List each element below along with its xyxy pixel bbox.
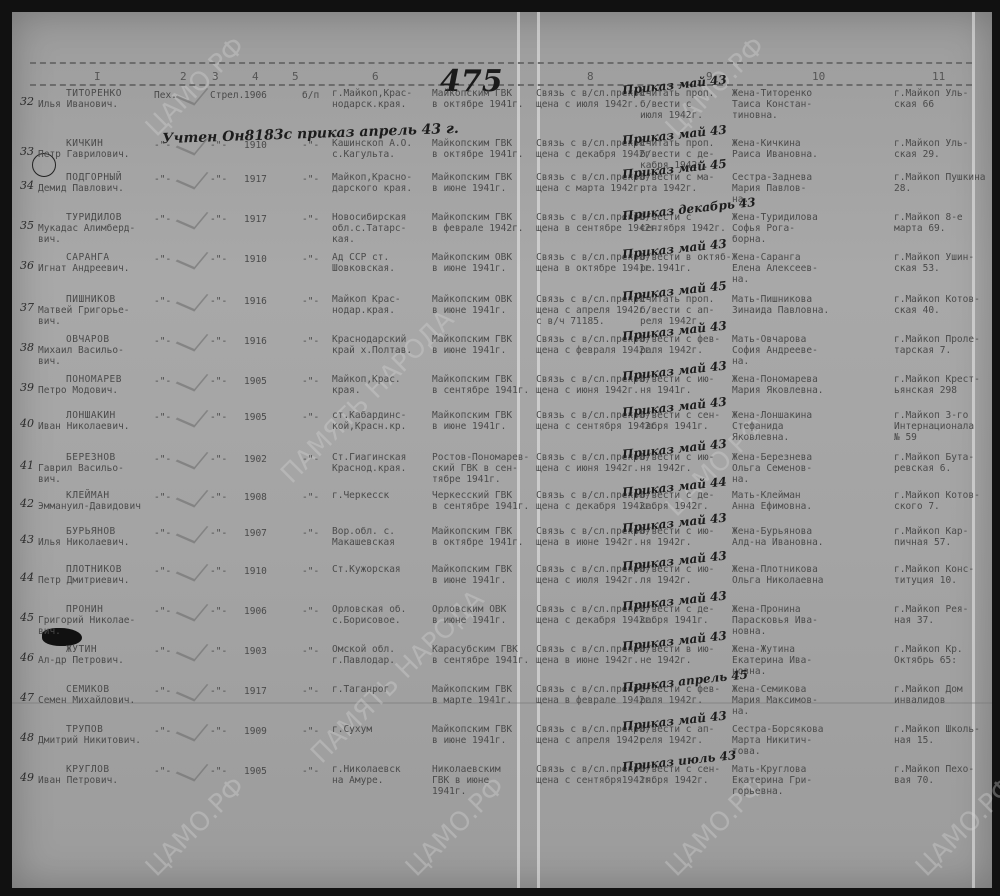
given-name: Игнат Андреевич.	[38, 263, 130, 274]
row-number: 39	[20, 382, 34, 393]
cell-draft: Майкопским ГВК в июне 1941г.	[432, 564, 512, 586]
surname: ОВЧАРОВ	[66, 334, 152, 345]
cell-addr: г.Майкоп Дом инвалидов	[894, 684, 963, 706]
cell-rank: -"-	[210, 254, 227, 265]
cell-year: 1917	[244, 174, 267, 185]
cell-rel: Жена-Бурьянова Алд-на Ивановна.	[732, 526, 824, 548]
cell-rel: Жена-Пономарева Мария Яковлевна.	[732, 374, 824, 396]
surname: ПИШНИКОВ	[66, 294, 158, 305]
cell-year: 1909	[244, 726, 267, 737]
cell-rank: -"-	[210, 336, 227, 347]
cell-birth: Омской обл. г.Павлодар.	[332, 644, 395, 666]
cell-birth: Кашинскоп А.О. с.Кагульта.	[332, 138, 412, 160]
row-number: 34	[20, 180, 34, 191]
cell-birth: г.Черкесск	[332, 490, 389, 501]
table-row: 35ТУРИДИЛОВМукадас Алимберд- вич.-"--"-1…	[12, 212, 992, 252]
cell-rel: Жена-Саранга Елена Алексеев- на.	[732, 252, 818, 285]
cell-rank: -"-	[210, 528, 227, 539]
cell-rank: -"-	[210, 412, 227, 423]
soldier-name: БУРЬЯНОВИлья Николаевич.	[38, 526, 130, 548]
row-number: 49	[20, 772, 34, 783]
cell-year: 1906	[244, 606, 267, 617]
cell-year: 1905	[244, 766, 267, 777]
given-name: Семен Михайлович.	[38, 695, 135, 706]
cell-arm: -"-	[154, 686, 171, 697]
table-row: 39ПОНОМАРЕВПетро Модович.-"--"-1905-"-Ма…	[12, 374, 992, 414]
given-name: Матвей Григорье- вич.	[38, 305, 130, 327]
given-name: Мукадас Алимберд- вич.	[38, 223, 135, 245]
cell-arm: -"-	[154, 214, 171, 225]
cell-rel: Мать-Овчарова София Андрееве- на.	[732, 334, 818, 367]
soldier-name: САРАНГАИгнат Андреевич.	[38, 252, 130, 274]
cell-party: -"-	[302, 296, 319, 307]
cell-birth: Майкоп Крас- нодар.края.	[332, 294, 401, 316]
cell-arm: -"-	[154, 566, 171, 577]
cell-birth: г.Сухум	[332, 724, 372, 735]
cell-arm: -"-	[154, 454, 171, 465]
surname: ПОНОМАРЕВ	[66, 374, 146, 385]
row-number: 40	[20, 418, 34, 429]
soldier-name: ТУРИДИЛОВМукадас Алимберд- вич.	[38, 212, 135, 245]
given-name: Эммануил-Давидович	[38, 501, 141, 512]
soldier-name: ПРОНИНГригорий Николае- вич.	[38, 604, 135, 637]
cell-party: -"-	[302, 766, 319, 777]
table-row: 32ТИТОРЕНКОИлья Иванович.Пех.Стрел.1906б…	[12, 88, 992, 128]
cell-addr: г.Майкоп Котов- ская 40.	[894, 294, 980, 316]
cell-birth: Новосибирская обл.с.Татарс- кая.	[332, 212, 406, 245]
row-number: 32	[20, 96, 34, 107]
cell-draft: Майкопским ГВК в октябре 1941г.	[432, 88, 524, 110]
cell-year: 1916	[244, 336, 267, 347]
cell-year: 1907	[244, 528, 267, 539]
surname: ЛОНШАКИН	[66, 410, 158, 421]
cell-arm: -"-	[154, 376, 171, 387]
soldier-name: ЖУТИНАл-др Петрович.	[38, 644, 124, 666]
cell-addr: г.Майкоп Пехо- вая 70.	[894, 764, 974, 786]
cell-birth: Краснодарский край х.Полтав.	[332, 334, 412, 356]
soldier-name: ПИШНИКОВМатвей Григорье- вич.	[38, 294, 130, 327]
cell-rank: -"-	[210, 766, 227, 777]
cell-rank: -"-	[210, 492, 227, 503]
table-row: 46ЖУТИНАл-др Петрович.-"--"-1903-"-Омско…	[12, 644, 992, 684]
cell-rel: Мать-Круглова Екатерина Гри- горьевна.	[732, 764, 812, 797]
cell-rel: Жена-Пронина Парасковья Ива- новна.	[732, 604, 818, 637]
cell-year: 1910	[244, 566, 267, 577]
soldier-name: ПОНОМАРЕВПетро Модович.	[38, 374, 118, 396]
cell-party: -"-	[302, 174, 319, 185]
table-row: 44ПЛОТНИКОВПетр Дмитриевич.-"--"-1910-"-…	[12, 564, 992, 604]
cell-arm: -"-	[154, 528, 171, 539]
cell-arm: -"-	[154, 296, 171, 307]
soldier-name: КИЧКИНПетр Гаврилович.	[38, 138, 130, 160]
cell-rank: -"-	[210, 214, 227, 225]
cell-draft: Майкопским ОВК в июне 1941г.	[432, 294, 512, 316]
cell-draft: Майкопским ГВК в феврале 1942г.	[432, 212, 524, 234]
row-number: 35	[20, 220, 34, 231]
cell-rank: -"-	[210, 686, 227, 697]
cell-draft: Карасубским ГВК в сентябре 1941г.	[432, 644, 529, 666]
cell-year: 1908	[244, 492, 267, 503]
cell-birth: ст.Кабардинс- кой,Красн.кр.	[332, 410, 406, 432]
cell-party: -"-	[302, 566, 319, 577]
row-number: 37	[20, 302, 34, 313]
row-number: 45	[20, 612, 34, 623]
row-number: 42	[20, 498, 34, 509]
surname: КИЧКИН	[66, 138, 158, 149]
surname: САРАНГА	[66, 252, 158, 263]
cell-year: 1905	[244, 412, 267, 423]
cell-birth: Майкоп,Красно- дарского края.	[332, 172, 412, 194]
row-number: 36	[20, 260, 34, 271]
given-name: Петр Дмитриевич.	[38, 575, 130, 586]
cell-rel: Жена-Семикова Мария Максимов- на.	[732, 684, 818, 717]
row-number: 43	[20, 534, 34, 545]
cell-addr: г.Майкоп Бута- ревская 6.	[894, 452, 974, 474]
table-row: 45ПРОНИНГригорий Николае- вич.-"--"-1906…	[12, 604, 992, 644]
cell-addr: г.Майкоп Рея- ная 37.	[894, 604, 968, 626]
surname: ПРОНИН	[66, 604, 163, 615]
given-name: Ал-др Петрович.	[38, 655, 124, 666]
cell-arm: -"-	[154, 766, 171, 777]
row-number: 46	[20, 652, 34, 663]
cell-party: -"-	[302, 528, 319, 539]
cell-addr: г.Майкоп Кр. Октябрь 65:	[894, 644, 963, 666]
cell-rel: Жена-Кичкина Раиса Ивановна.	[732, 138, 818, 160]
cell-rank: -"-	[210, 726, 227, 737]
given-name: Демид Павлович.	[38, 183, 124, 194]
cell-rank: -"-	[210, 606, 227, 617]
cell-rel: Жена-Титоренко Таиса Констан- тиновна.	[732, 88, 812, 121]
cell-draft: Майкопским ГВК в июне 1941г.	[432, 724, 512, 746]
cell-arm: -"-	[154, 254, 171, 265]
cell-party: -"-	[302, 492, 319, 503]
cell-rank: -"-	[210, 454, 227, 465]
cell-party: -"-	[302, 376, 319, 387]
given-name: Иван Николаевич.	[38, 421, 130, 432]
cell-party: б/п	[302, 90, 319, 101]
cell-party: -"-	[302, 606, 319, 617]
cell-birth: г.Майкоп,Крас- нодарск.края.	[332, 88, 412, 110]
given-name: Петро Модович.	[38, 385, 118, 396]
cell-draft: Майкопским ГВК в марте 1941г.	[432, 684, 512, 706]
cell-addr: г.Майкоп Уль- ская 66	[894, 88, 968, 110]
surname: КРУГЛОВ	[66, 764, 146, 775]
cell-party: -"-	[302, 412, 319, 423]
surname: ТИТОРЕНКО	[66, 88, 146, 99]
table-row: 42КЛЕЙМАНЭммануил-Давидович-"--"-1908-"-…	[12, 490, 992, 530]
cell-year: 1917	[244, 686, 267, 697]
cell-year: 1903	[244, 646, 267, 657]
table-row: 47СЕМИКОВСемен Михайлович.-"--"-1917-"-г…	[12, 684, 992, 724]
cell-year: 1905	[244, 376, 267, 387]
cell-arm: -"-	[154, 412, 171, 423]
surname: ПЛОТНИКОВ	[66, 564, 158, 575]
cell-addr: г.Майкоп Ушин- ская 53.	[894, 252, 974, 274]
cell-rank: -"-	[210, 566, 227, 577]
surname: БЕРЕЗНОВ	[66, 452, 152, 463]
cell-rank: -"-	[210, 296, 227, 307]
given-name: Петр Гаврилович.	[38, 149, 130, 160]
surname: ЖУТИН	[66, 644, 152, 655]
cell-party: -"-	[302, 726, 319, 737]
cell-addr: г.Майкоп Проле- тарская 7.	[894, 334, 980, 356]
table-row: 43БУРЬЯНОВИлья Николаевич.-"--"-1907-"-В…	[12, 526, 992, 566]
table-row: 34ПОДГОРНЫЙДемид Павлович.-"--"-1917-"-М…	[12, 172, 992, 212]
cell-party: -"-	[302, 254, 319, 265]
cell-rel: Мать-Пишникова Зинаида Павловна.	[732, 294, 829, 316]
cell-draft: Майкопским ГВК в сентябре 1941г.	[432, 374, 529, 396]
table-row: 48ТРУПОВДмитрий Никитович.-"--"-1909-"-г…	[12, 724, 992, 764]
row-number: 44	[20, 572, 34, 583]
cell-year: 1910	[244, 254, 267, 265]
table-row: 40ЛОНШАКИНИван Николаевич.-"--"-1905-"-с…	[12, 410, 992, 450]
row-number: 33	[20, 146, 34, 157]
cell-birth: Ст.Гиагинская Краснод.края.	[332, 452, 406, 474]
cell-birth: г.Николаевск на Амуре.	[332, 764, 401, 786]
cell-rel: Жена-Туридилова Софья Рога- борна.	[732, 212, 818, 245]
table-row: 37ПИШНИКОВМатвей Григорье- вич.-"--"-191…	[12, 294, 992, 334]
cell-draft: Майкопским ГВК в июне 1941г.	[432, 334, 512, 356]
cell-arm: -"-	[154, 174, 171, 185]
given-name: Илья Иванович.	[38, 99, 118, 110]
cell-addr: г.Майкоп Пушкина 28.	[894, 172, 986, 194]
cell-addr: г.Майкоп 8-е марта 69.	[894, 212, 963, 234]
cell-birth: Ад ССР ст. Шовковская.	[332, 252, 395, 274]
cell-party: -"-	[302, 140, 319, 151]
cell-addr: г.Майкоп Школь- ная 15.	[894, 724, 980, 746]
cell-birth: Орловская об. с.Борисовое.	[332, 604, 406, 626]
cell-party: -"-	[302, 336, 319, 347]
given-name: Гаврил Васильо- вич.	[38, 463, 124, 485]
cell-addr: г.Майкоп Конс- титуция 10.	[894, 564, 974, 586]
cell-arm: Пех.	[154, 90, 177, 101]
cell-draft: Майкопским ГВК в октябре 1941г.	[432, 138, 524, 160]
cell-rel: Сестра-Борсякова Марта Никитич- това.	[732, 724, 824, 757]
cell-party: -"-	[302, 214, 319, 225]
cell-party: -"-	[302, 646, 319, 657]
cell-draft: Черкесский ГВК в сентябре 1941г.	[432, 490, 529, 512]
cell-birth: Майкоп,Крас. края.	[332, 374, 401, 396]
cell-draft: Майкопским ГВК в июне 1941г.	[432, 172, 512, 194]
soldier-name: ПЛОТНИКОВПетр Дмитриевич.	[38, 564, 130, 586]
table-row: 36САРАНГАИгнат Андреевич.-"--"-1910-"-Ад…	[12, 252, 992, 292]
cell-party: -"-	[302, 454, 319, 465]
cell-rank: -"-	[210, 140, 227, 151]
cell-arm: -"-	[154, 646, 171, 657]
cell-year: 1916	[244, 296, 267, 307]
soldier-name: СЕМИКОВСемен Михайлович.	[38, 684, 135, 706]
cell-party: -"-	[302, 686, 319, 697]
soldier-name: ОВЧАРОВМихаил Васильо- вич.	[38, 334, 124, 367]
surname: ПОДГОРНЫЙ	[66, 172, 152, 183]
cell-arm: -"-	[154, 726, 171, 737]
given-name: Дмитрий Никитович.	[38, 735, 141, 746]
table-row: 38ОВЧАРОВМихаил Васильо- вич.-"--"-1916-…	[12, 334, 992, 374]
cell-year: 1917	[244, 214, 267, 225]
soldier-name: КЛЕЙМАНЭммануил-Давидович	[38, 490, 141, 512]
cell-draft: Николаевским ГВК в июне 1941г.	[432, 764, 501, 797]
row-number: 41	[20, 460, 34, 471]
cell-arm: -"-	[154, 140, 171, 151]
cell-birth: Вор.обл. с. Макашевская	[332, 526, 395, 548]
cell-rel: Мать-Клейман Анна Ефимовна.	[732, 490, 812, 512]
cell-addr: г.Майкоп Кар- пичная 57.	[894, 526, 968, 548]
row-number: 48	[20, 732, 34, 743]
cell-arm: -"-	[154, 606, 171, 617]
cell-rel: Жена-Березнева Ольга Семенов- на.	[732, 452, 812, 485]
soldier-name: ТРУПОВДмитрий Никитович.	[38, 724, 141, 746]
soldier-name: ТИТОРЕНКОИлья Иванович.	[38, 88, 118, 110]
soldier-name: БЕРЕЗНОВГаврил Васильо- вич.	[38, 452, 124, 485]
cell-rel: Жена-Плотникова Ольга Николаевна	[732, 564, 824, 586]
cell-addr: г.Майкоп 3-го Интернационала № 59	[894, 410, 974, 443]
cell-year: 1910	[244, 140, 267, 151]
cell-draft: Майкопским ГВК в июне 1941г.	[432, 410, 512, 432]
cell-draft: Ростов-Пономарев- ский ГВК в сен- тябре …	[432, 452, 529, 485]
cell-draft: Майкопским ОВК в июне 1941г.	[432, 252, 512, 274]
cell-year: 1902	[244, 454, 267, 465]
given-name: Иван Петрович.	[38, 775, 118, 786]
archival-document-sheet: ЦАМО.РФ ЦАМО.РФ ПАМЯТЬ НАРОДА ЦАМО.РФ ПА…	[12, 12, 992, 888]
surname: ТУРИДИЛОВ	[66, 212, 163, 223]
cell-rank: -"-	[210, 174, 227, 185]
cell-rank: Стрел.	[210, 90, 244, 101]
soldier-name: ПОДГОРНЫЙДемид Павлович.	[38, 172, 124, 194]
row-number: 47	[20, 692, 34, 703]
soldier-name: КРУГЛОВИван Петрович.	[38, 764, 118, 786]
cell-arm: -"-	[154, 492, 171, 503]
cell-rank: -"-	[210, 376, 227, 387]
surname: СЕМИКОВ	[66, 684, 163, 695]
given-name: Михаил Васильо- вич.	[38, 345, 124, 367]
table-row: 49КРУГЛОВИван Петрович.-"--"-1905-"-г.Ни…	[12, 764, 992, 804]
cell-birth: Ст.Кужорская	[332, 564, 401, 575]
table-row: 41БЕРЕЗНОВГаврил Васильо- вич.-"--"-1902…	[12, 452, 992, 492]
cell-birth: г.Таганрог	[332, 684, 389, 695]
given-name: Илья Николаевич.	[38, 537, 130, 548]
cell-draft: Орловским ОВК в июне 1941г.	[432, 604, 506, 626]
cell-draft: Майкопским ГВК в октябре 1941г.	[432, 526, 524, 548]
row-number: 38	[20, 342, 34, 353]
cell-addr: г.Майкоп Крест- ьянская 298	[894, 374, 980, 396]
soldier-name: ЛОНШАКИНИван Николаевич.	[38, 410, 130, 432]
given-name: Григорий Николае- вич.	[38, 615, 135, 637]
cell-year: 1906	[244, 90, 267, 101]
cell-arm: -"-	[154, 336, 171, 347]
cell-rel: Жена-Лоншакина Стефанида Яковлевна.	[732, 410, 812, 443]
cell-addr: г.Майкоп Котов- ского 7.	[894, 490, 980, 512]
surname: БУРЬЯНОВ	[66, 526, 158, 537]
cell-rank: -"-	[210, 646, 227, 657]
cell-addr: г.Майкоп Уль- ская 29.	[894, 138, 968, 160]
